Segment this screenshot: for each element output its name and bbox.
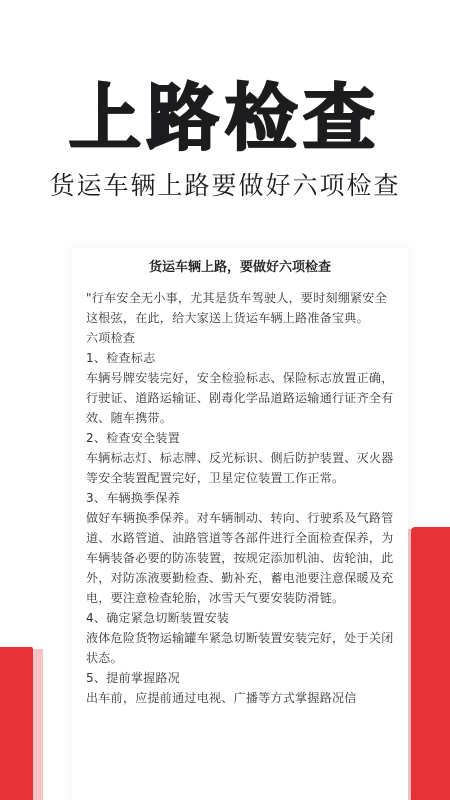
item-text-2: 车辆标志灯、标志牌、反光标识、侧后防护装置、灭火器等安全装置配置完好，卫星定位装… <box>86 448 394 488</box>
item-heading-2: 2、检查安全装置 <box>86 428 394 448</box>
item-heading-4: 4、确定紧急切断装置安装 <box>86 608 394 628</box>
item-heading-5: 5、提前掌握路况 <box>86 668 394 688</box>
item-heading-3: 3、车辆换季保养 <box>86 488 394 508</box>
item-text-5: 出车前，应提前通过电视、广播等方式掌握路况信 <box>86 688 394 708</box>
article-card: 货运车辆上路，要做好六项检查 "行车安全无小事，尤其是货车驾驶人，要时刻绷紧安全… <box>72 248 408 800</box>
item-text-4: 液体危险货物运输罐车紧急切断装置安装完好，处于关闭状态。 <box>86 628 394 668</box>
article-body: "行车安全无小事，尤其是货车驾驶人，要时刻绷紧安全这根弦，在此，给大家送上货运车… <box>86 288 394 708</box>
section-heading: 六项检查 <box>86 328 394 348</box>
item-heading-1: 1、检查标志 <box>86 348 394 368</box>
decorative-red-bar-left <box>0 647 33 800</box>
decorative-red-bar-left-edge <box>33 649 43 800</box>
item-text-1: 车辆号牌安装完好，安全检验标志、保险标志放置正确，行驶证、道路运输证、剧毒化学品… <box>86 368 394 428</box>
decorative-red-bar-right <box>411 527 450 800</box>
article-title: 货运车辆上路，要做好六项检查 <box>86 258 394 278</box>
hero-subtitle: 货运车辆上路要做好六项检查 <box>0 170 450 202</box>
article-intro: "行车安全无小事，尤其是货车驾驶人，要时刻绷紧安全这根弦，在此，给大家送上货运车… <box>86 288 394 328</box>
item-text-3: 做好车辆换季保养。对车辆制动、转向、行驶系及气路管道、水路管道、油路管道等各部件… <box>86 508 394 608</box>
hero-title: 上路检查 <box>0 78 450 158</box>
